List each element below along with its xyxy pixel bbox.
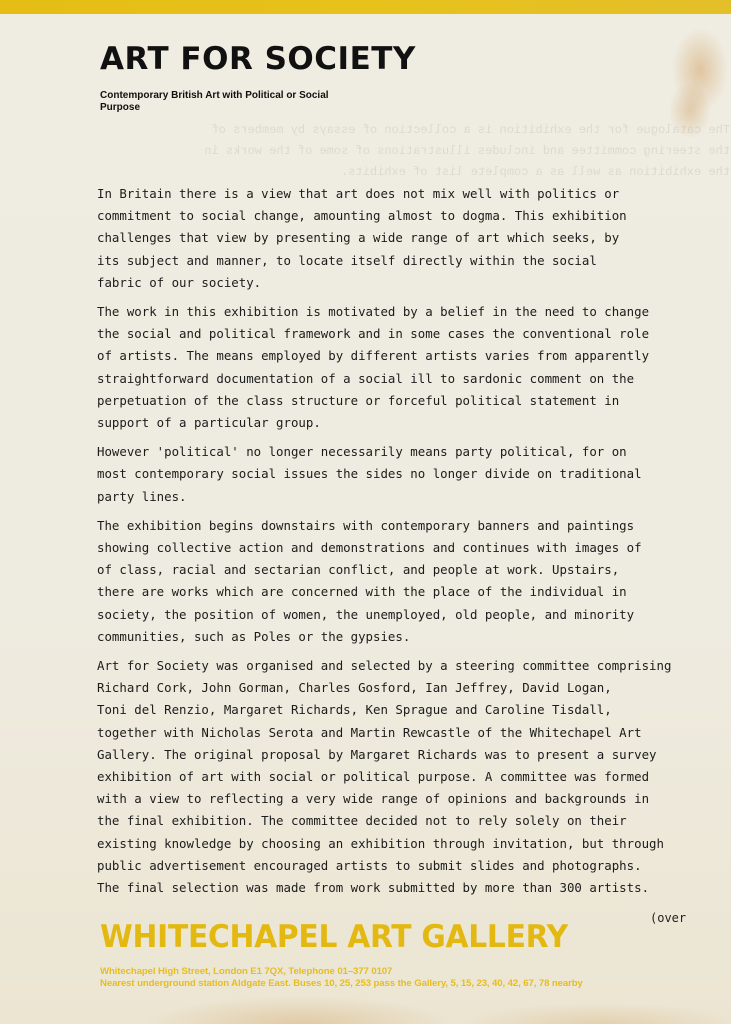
bleed-line: the exhibition as well as a complete lis… <box>440 162 730 183</box>
continuation-note: (over <box>650 911 686 925</box>
gallery-name: WHITECHAPEL ART GALLERY <box>100 922 568 953</box>
gallery-address: Whitechapel High Street, London E1 7QX, … <box>100 966 392 977</box>
bleed-line: The catalogue for the exhibition is a co… <box>440 120 730 141</box>
paragraph-layout: The exhibition begins downstairs with co… <box>97 515 687 648</box>
bleed-through-text: The catalogue for the exhibition is a co… <box>440 120 730 183</box>
body-text: In Britain there is a view that art does… <box>97 183 687 906</box>
bleed-line: the steering committee and includes illu… <box>440 141 730 162</box>
paragraph-motivation: The work in this exhibition is motivated… <box>97 301 687 434</box>
document-title: ART FOR SOCIETY <box>100 44 416 75</box>
paragraph-committee: Art for Society was organised and select… <box>97 655 687 899</box>
paper-page: ART FOR SOCIETY Contemporary British Art… <box>0 0 731 1024</box>
document-subtitle: Contemporary British Art with Political … <box>100 90 370 114</box>
yellow-top-band <box>0 0 731 14</box>
paragraph-political: However 'political' no longer necessaril… <box>97 441 687 508</box>
paragraph-intro: In Britain there is a view that art does… <box>97 183 687 294</box>
gallery-transport: Nearest underground station Aldgate East… <box>100 978 583 989</box>
